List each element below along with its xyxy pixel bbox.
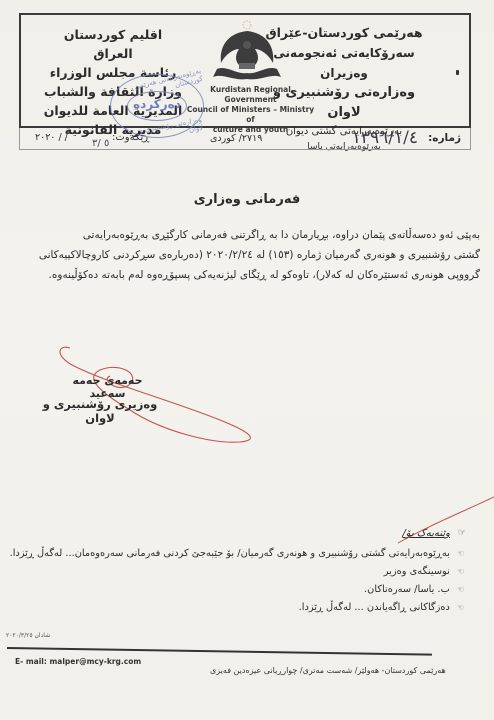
signatory-title: وەزیری رۆشنبیری و لاوان xyxy=(40,397,160,425)
ref-kurdish-year: ٢٧١٩/ کوردی xyxy=(210,133,262,144)
reference-row: ژمارە: ١٣٩٦/١/٤ ٢٧١٩/ کوردی ڕێکەوت: ٥ /٣… xyxy=(19,128,471,150)
punch-mark xyxy=(456,70,459,75)
body-line-2: گشتی رۆشنبیری و هونەری گەرمیان ژمارە (١٥… xyxy=(50,245,480,265)
body-line-3: گرووپی هونەری ئەستێرەکان لە کەلار)، تاوە… xyxy=(50,265,480,285)
document-title: فەرمانی وەزاری xyxy=(0,192,494,207)
cc-item: ☜دەزگاکانی ڕاگەیاندن ... لەگەڵ ڕێزدا. xyxy=(104,599,464,617)
cc-item: ☜بەڕێوەبەرایەتی گشتی رۆشنبیری و هونەری گ… xyxy=(104,545,464,563)
bullet-hand-icon: ☜ xyxy=(457,603,464,612)
ref-number-handwritten: ١٣٩٦/١/٤ xyxy=(352,128,418,148)
cc-item: ☜نوسینگەی وەزیر xyxy=(104,563,464,581)
typist-note: شادان ٢٠٢٠/٣/٢٥ xyxy=(6,632,50,639)
document-page: هەرێمی کوردستان-عێراق سەرۆکایەتی ئەنجومە… xyxy=(0,0,494,720)
cc-item-text: دەزگاکانی ڕاگەیاندن ... لەگەڵ ڕێزدا. xyxy=(299,602,450,613)
bullet-hand-icon: ☜ xyxy=(457,549,464,558)
cc-heading: وێنەیەک بۆ/ xyxy=(402,528,450,539)
ref-date-handwritten: ٥ /٣ xyxy=(92,138,109,149)
body-line-1: بەپێی ئەو دەسەڵاتەی پێمان دراوە، بڕیارما… xyxy=(50,225,480,245)
arabic-line-region: اقليم كوردستان العراق xyxy=(43,25,183,63)
document-body: بەپێی ئەو دەسەڵاتەی پێمان دراوە، بڕیارما… xyxy=(50,225,480,285)
cc-item-text: ب. یاسا/ سەرەتاکان. xyxy=(364,584,450,595)
ref-number-label: ژمارە: xyxy=(428,132,461,144)
footer-divider xyxy=(7,647,432,656)
stamp-center-word: دەرکردە xyxy=(128,97,186,111)
footer-address: هەرێمی کوردستان- هەولێر/ شەست مەتری/ چوا… xyxy=(210,666,446,675)
ref-date-label: ڕێکەوت: xyxy=(112,132,149,143)
cc-list: ☜بەڕێوەبەرایەتی گشتی رۆشنبیری و هونەری گ… xyxy=(104,545,464,617)
stamp-inner-oval: دەرکردە xyxy=(127,91,187,121)
cc-item-text: بەڕێوەبەرایەتی گشتی رۆشنبیری و هونەری گە… xyxy=(10,548,450,559)
cc-item: ☜ب. یاسا/ سەرەتاکان. xyxy=(104,581,464,599)
pointing-hand-icon: ☞ xyxy=(458,528,466,538)
ref-date-value: ٢٠٢٠ / / xyxy=(35,132,68,143)
letterhead: هەرێمی کوردستان-عێراق سەرۆکایەتی ئەنجومە… xyxy=(19,13,471,128)
bullet-hand-icon: ☜ xyxy=(457,567,464,576)
footer-email: E- mail: malper@mcy-krg.com xyxy=(15,657,141,666)
cc-item-text: نوسینگەی وەزیر xyxy=(384,566,450,577)
krg-eagle-emblem-icon xyxy=(199,19,295,85)
bullet-hand-icon: ☜ xyxy=(457,585,464,594)
